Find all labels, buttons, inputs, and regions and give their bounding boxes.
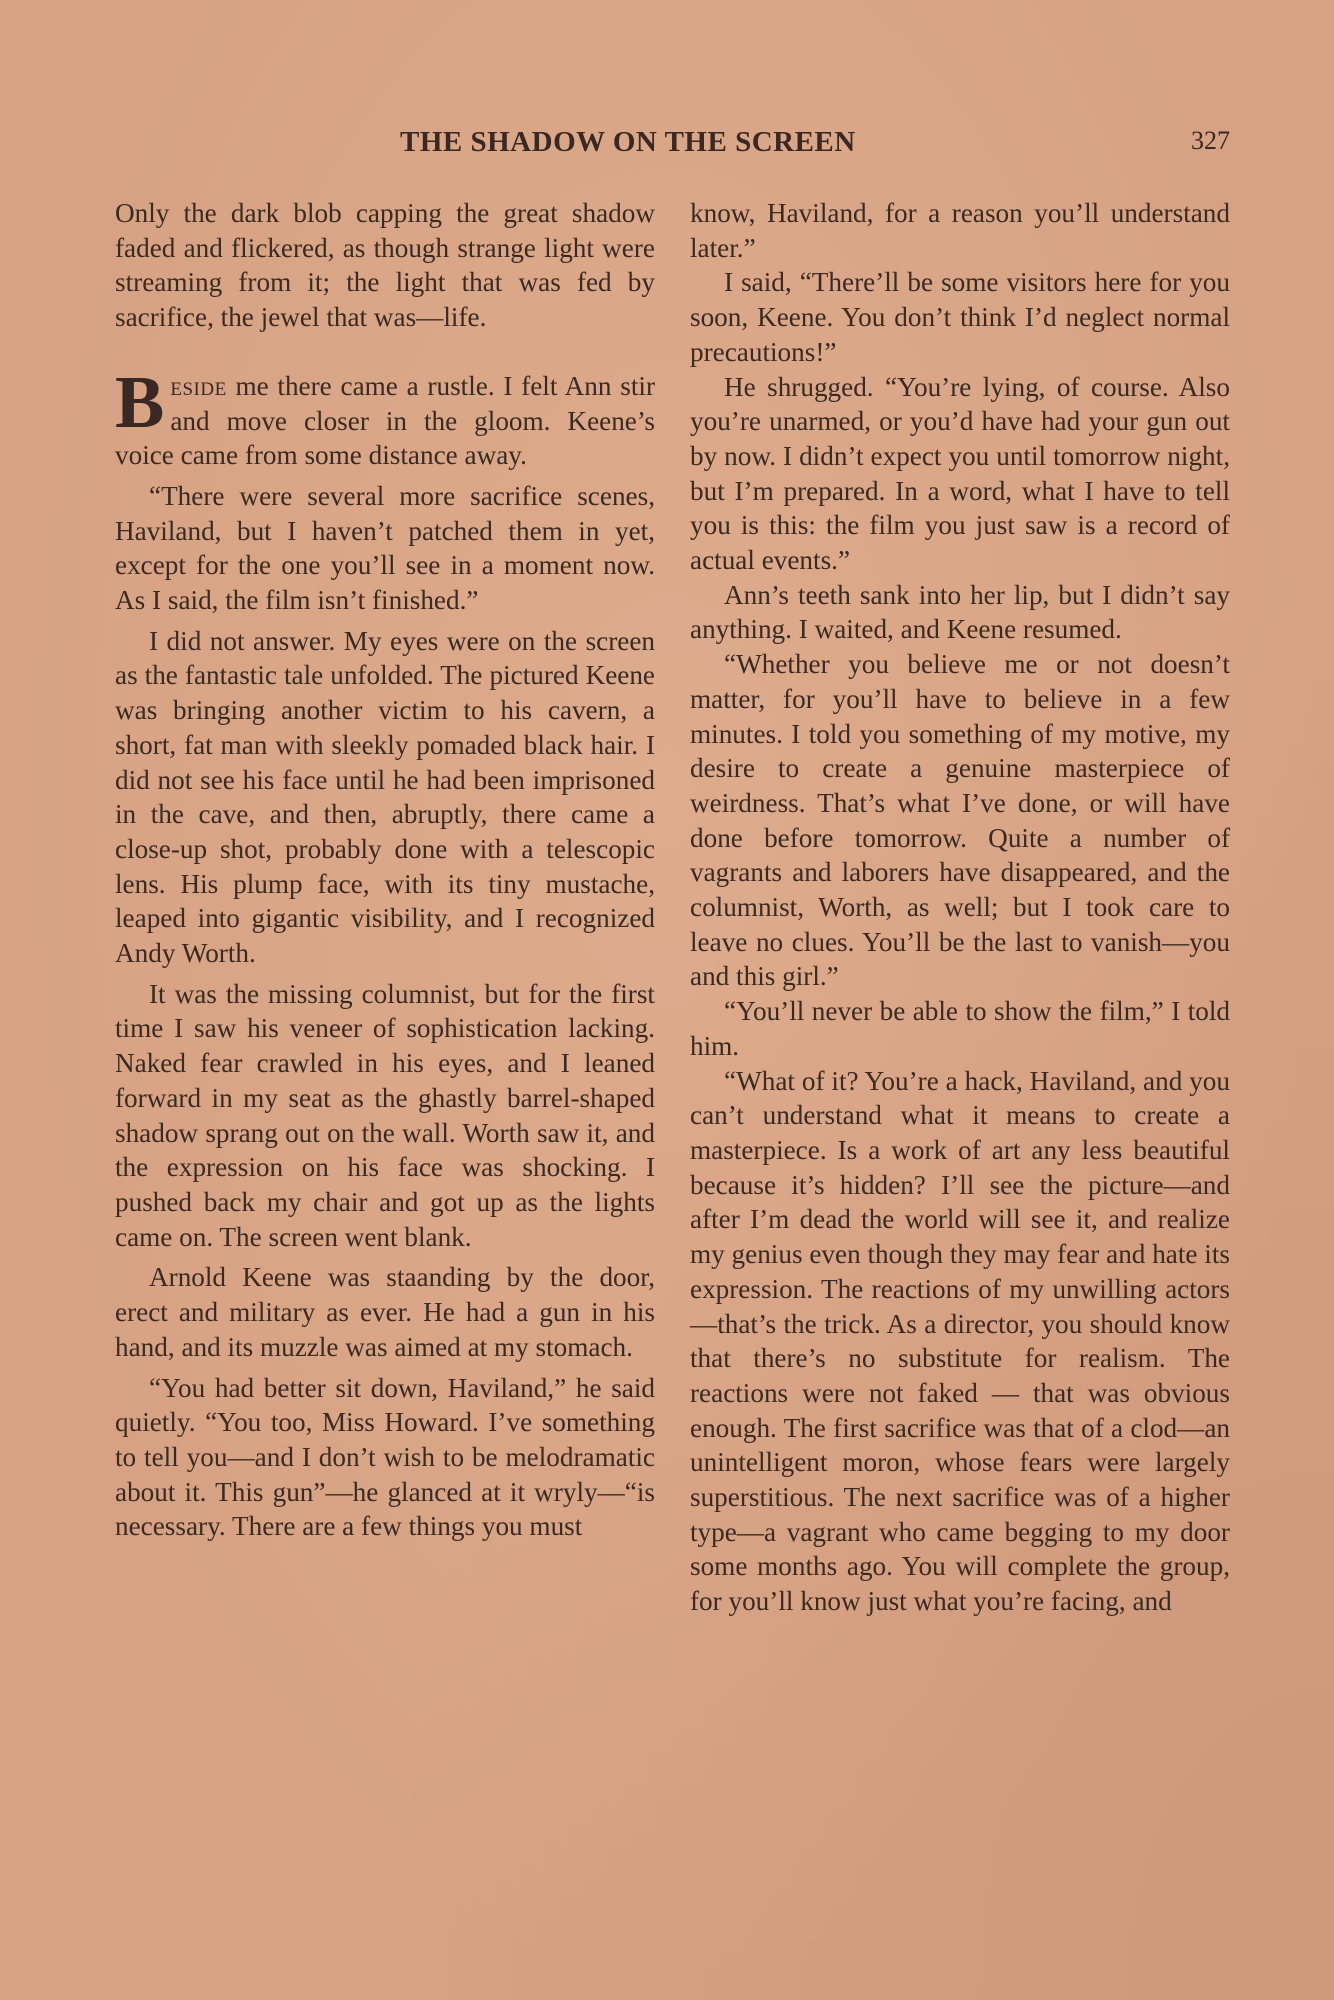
paragraph: “There were several more sacrifice scene…	[115, 479, 655, 618]
paragraph: Ann’s teeth sank into her lip, but I did…	[690, 578, 1230, 647]
paragraph: know, Haviland, for a reason you’ll un­d…	[690, 196, 1230, 265]
left-column: Only the dark blob capping the great sha…	[115, 196, 655, 1544]
paragraph: “You’ll never be able to show the film,”…	[690, 994, 1230, 1063]
paragraph: He shrugged. “You’re lying, of course. A…	[690, 370, 1230, 578]
paragraph: “Whether you believe me or not doesn’t m…	[690, 647, 1230, 994]
book-page: THE SHADOW ON THE SCREEN 327 Only the da…	[0, 0, 1334, 2000]
paragraph: I said, “There’ll be some visitors here …	[690, 265, 1230, 369]
running-head: THE SHADOW ON THE SCREEN 327	[115, 126, 1230, 166]
drop-cap: B	[115, 374, 164, 432]
right-column: know, Haviland, for a reason you’ll un­d…	[690, 196, 1230, 1619]
paragraph: “What of it? You’re a hack, Haviland, an…	[690, 1064, 1230, 1619]
paragraph: It was the missing columnist, but for th…	[115, 977, 655, 1255]
page-number: 327	[1191, 126, 1230, 156]
paragraph: Only the dark blob capping the great sha…	[115, 196, 655, 335]
small-caps-lead: eside	[170, 371, 226, 401]
running-title: THE SHADOW ON THE SCREEN	[400, 126, 856, 159]
paragraph-section-start: Beside me there came a rustle. I felt An…	[115, 369, 655, 473]
paragraph: Arnold Keene was staanding by the door, …	[115, 1260, 655, 1364]
paragraph: “You had better sit down, Haviland,” he …	[115, 1371, 655, 1545]
paragraph: I did not answer. My eyes were on the sc…	[115, 624, 655, 971]
